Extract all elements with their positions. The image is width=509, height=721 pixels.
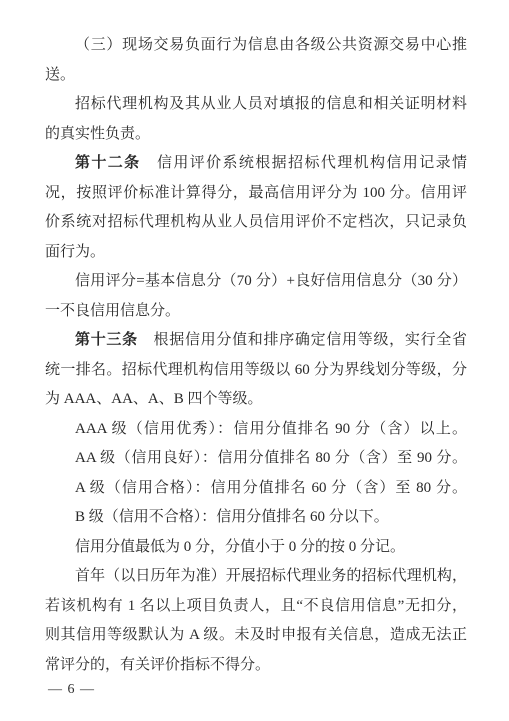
text-line: 则其信用等级默认为 A 级。未及时申报有关信息，造成无法正: [45, 621, 467, 651]
text-line: 首年（以日历年为准）开展招标代理业务的招标代理机构，: [45, 562, 467, 592]
text-line: 统一排名。招标代理机构信用等级以 60 分为界线划分等级，分: [45, 356, 467, 386]
text-line: 送。: [45, 61, 467, 91]
text-line grade-aa: AA 级（信用良好）：信用分值排名 80 分（含）至 90 分。: [45, 444, 467, 474]
text-line: 常评分的，有关评价指标不得分。: [45, 651, 467, 681]
text-line grade-aaa: AAA 级（信用优秀）：信用分值排名 90 分（含）以上。: [45, 415, 467, 445]
text-line credit-score-formula: 信用评分=基本信息分（70 分）+良好信用信息分（30 分）: [45, 267, 467, 297]
text-line: 为 AAA、AA、A、B 四个等级。: [45, 385, 467, 415]
article-13-text: 根据信用分值和排序确定信用等级，实行全省: [138, 332, 467, 348]
text-line minimum-score-rule: 信用分值最低为 0 分，分值小于 0 分的按 0 分记。: [45, 533, 467, 563]
article-12-number: 第十二条: [75, 155, 141, 171]
text-line grade-b: B 级（信用不合格）：信用分值排名 60 分以下。: [45, 503, 467, 533]
page-number: — 6 —: [48, 680, 467, 699]
text-line: 价系统对招标代理机构从业人员信用评价不定档次，只记录负: [45, 208, 467, 238]
text-line article-13-opening: 第十三条 根据信用分值和排序确定信用等级，实行全省: [45, 326, 467, 356]
text-line: （三）现场交易负面行为信息由各级公共资源交易中心推: [45, 31, 467, 61]
text-line: 面行为。: [45, 238, 467, 268]
document-page: （三）现场交易负面行为信息由各级公共资源交易中心推 送。 招标代理机构及其从业人…: [0, 0, 509, 721]
text-line: 招标代理机构及其从业人员对填报的信息和相关证明材料: [45, 90, 467, 120]
text-line: 若该机构有 1 名以上项目负责人，且“不良信用信息”无扣分，: [45, 592, 467, 622]
text-line: 况，按照评价标准计算得分，最高信用评分为 100 分。信用评: [45, 179, 467, 209]
text-line grade-a: A 级（信用合格）：信用分值排名 60 分（含）至 80 分。: [45, 474, 467, 504]
article-12-text: 信用评价系统根据招标代理机构信用记录情: [141, 155, 467, 171]
article-13-number: 第十三条: [75, 332, 138, 348]
text-line: 的真实性负责。: [45, 120, 467, 150]
text-line credit-score-formula: 一不良信用信息分。: [45, 297, 467, 327]
document-body: （三）现场交易负面行为信息由各级公共资源交易中心推 送。 招标代理机构及其从业人…: [0, 0, 509, 699]
text-line article-12-opening: 第十二条 信用评价系统根据招标代理机构信用记录情: [45, 149, 467, 179]
